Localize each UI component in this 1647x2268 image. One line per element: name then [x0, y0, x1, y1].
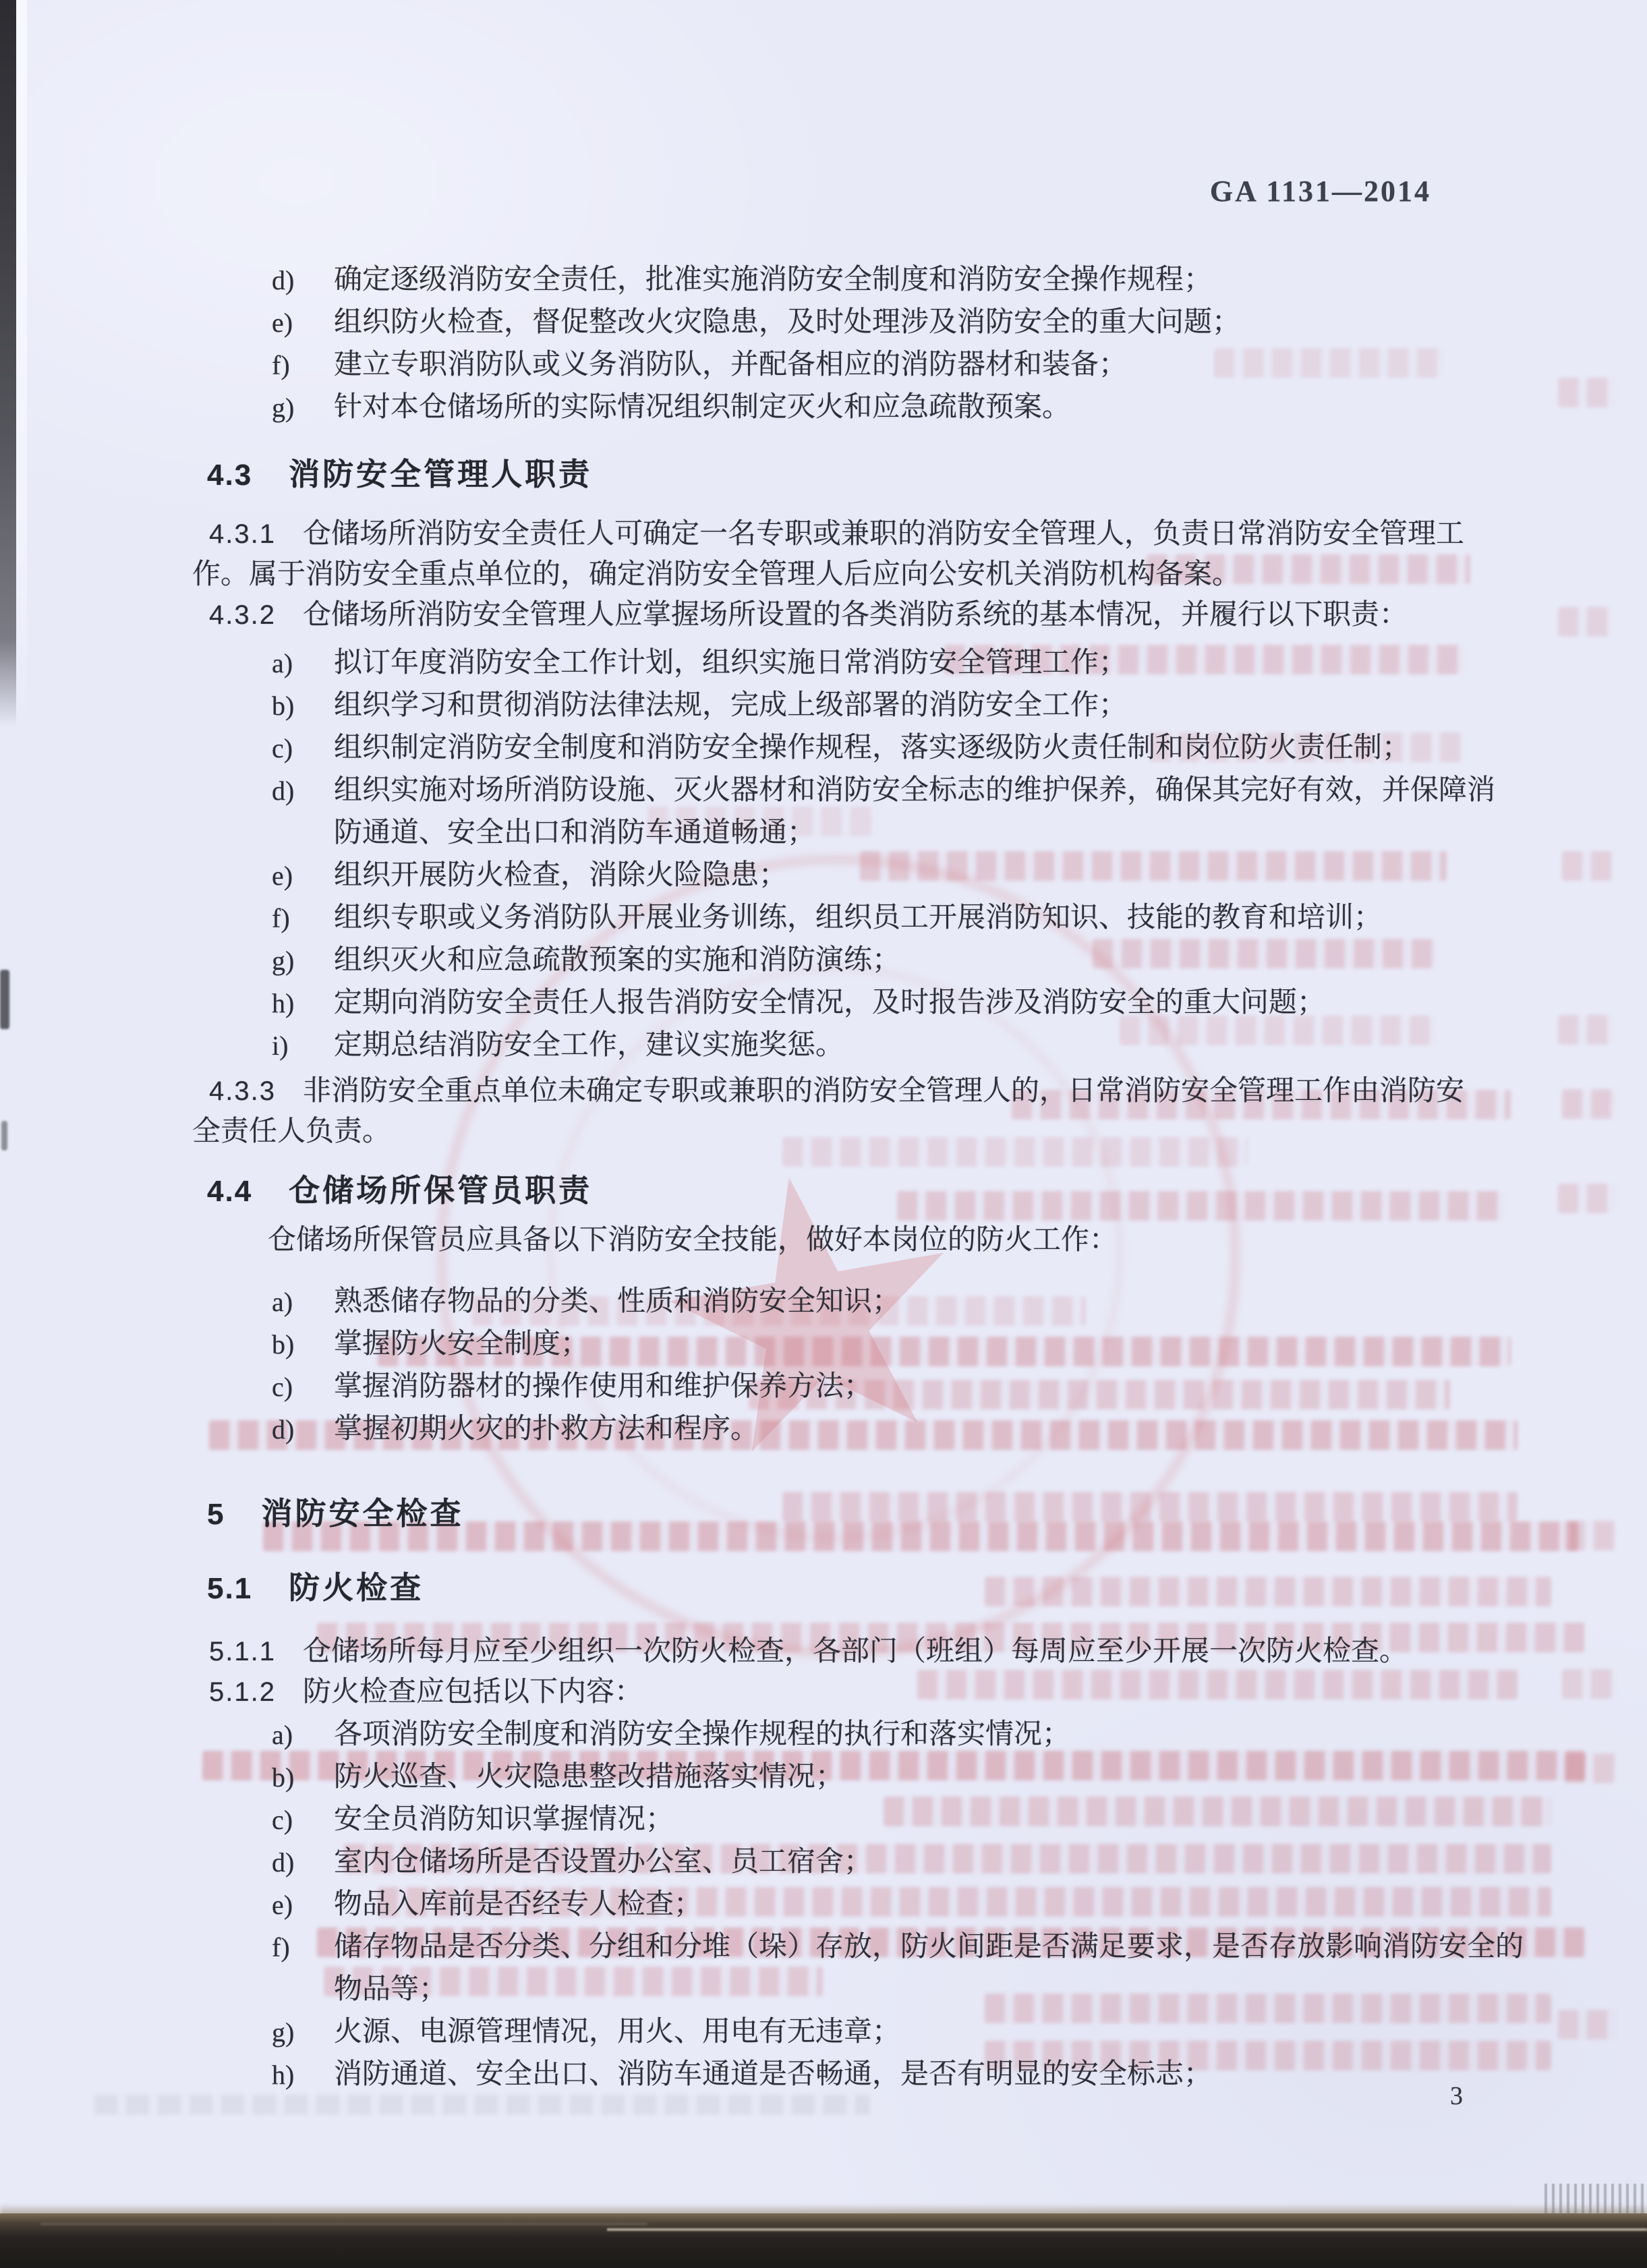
list-item-line: g)火源、电源管理情况，用火、用电有无违章；	[192, 2011, 1474, 2054]
list-item-line: f)建立专职消防队或义务消防队，并配备相应的消防器材和装备；	[192, 344, 1474, 386]
paragraph-text: 仓储场所每月应至少组织一次防火检查，各部门（班组）每周应至少开展一次防火检查。	[303, 1636, 1408, 1667]
clause-number: 4.3.3	[209, 1076, 276, 1106]
scan-left-edge-mark	[0, 970, 9, 1029]
list-item-text: 熟悉储存物品的分类、性质和消防安全知识；	[334, 1286, 900, 1317]
list-item-label: g)	[272, 386, 294, 429]
paragraph-text: 仓储场所保管员应具备以下消防安全技能，做好本岗位的防火工作：	[268, 1225, 1118, 1256]
paragraph-line: 4.3.1仓储场所消防安全责任人可确定一名专职或兼职的消防安全管理人，负责日常消…	[192, 514, 1474, 554]
scan-left-edge-shadow	[0, 0, 16, 727]
list-item-text: 组织开展防火检查，消除火险隐患；	[334, 860, 787, 891]
list-item-label: c)	[272, 1799, 293, 1841]
list-item-text: 各项消防安全制度和消防安全操作规程的执行和落实情况；	[334, 1719, 1070, 1750]
section-heading: 5.1防火检查	[192, 1567, 1474, 1608]
list-item-label: d)	[272, 259, 294, 301]
clause-number: 4.3.1	[209, 519, 276, 549]
paragraph-text: 防火检查应包括以下内容：	[303, 1677, 643, 1708]
paragraph-line: 5.1.1仓储场所每月应至少组织一次防火检查，各部门（班组）每周应至少开展一次防…	[192, 1631, 1474, 1672]
list-item-label: d)	[272, 1841, 294, 1884]
list-item-label: a)	[272, 1714, 293, 1756]
paragraph-text: 作。属于消防安全重点单位的，确定消防安全管理人后应向公安机关消防机构备案。	[192, 559, 1240, 590]
list-item-label: a)	[272, 642, 293, 685]
bleedthrough-text-line	[1558, 378, 1616, 407]
list-item-label: b)	[272, 1323, 294, 1366]
list-item-text: 确定逐级消防安全责任，批准实施消防安全制度和消防安全操作规程；	[334, 264, 1212, 295]
list-item-text: 储存物品是否分类、分组和分堆（垛）存放，防火间距是否满足要求，是否存放影响消防安…	[334, 1931, 1524, 1962]
list-item-line: c)安全员消防知识掌握情况；	[192, 1799, 1474, 1841]
scan-bottom-edge-line	[40, 2223, 647, 2225]
clause-number: 5.1.1	[209, 1637, 276, 1666]
section-title: 仓储场所保管员职责	[289, 1173, 592, 1208]
list-item-line: f)储存物品是否分类、分组和分堆（垛）存放，防火间距是否满足要求，是否存放影响消…	[192, 1926, 1474, 1969]
list-item-label: f)	[272, 1926, 290, 1969]
paragraph-line: 全责任人负责。	[192, 1111, 1474, 1152]
list-item-line: c)掌握消防器材的操作使用和维护保养方法；	[192, 1366, 1474, 1408]
scanned-document-page: GA 1131—2014 d)确定逐级消防安全责任，批准实施消防安全制度和消防安…	[0, 0, 1647, 2268]
list-item-line: b)组织学习和贯彻消防法律法规，完成上级部署的消防安全工作；	[192, 685, 1474, 727]
scan-smudge	[94, 2095, 870, 2115]
scan-bottom-edge-line	[607, 2228, 1647, 2231]
section-heading: 5消防安全检查	[192, 1492, 1474, 1534]
list-item-text: 掌握防火安全制度；	[334, 1329, 589, 1360]
list-item-label: a)	[272, 1281, 293, 1323]
list-item-text: 物品入库前是否经专人检查；	[334, 1889, 702, 1920]
list-item-text: 防火巡查、火灾隐患整改措施落实情况；	[334, 1762, 844, 1793]
section-title: 消防安全检查	[261, 1496, 463, 1531]
section-number: 5.1	[207, 1572, 252, 1605]
list-item-label: c)	[272, 1366, 293, 1408]
standard-code-header: GA 1131—2014	[1210, 174, 1431, 208]
section-heading: 4.3消防安全管理人职责	[192, 453, 1474, 495]
list-item-label: e)	[272, 854, 293, 897]
list-item-line: i)定期总结消防安全工作，建议实施奖惩。	[192, 1024, 1474, 1067]
clause-number: 4.3.2	[209, 600, 276, 630]
list-item-line: b)掌握防火安全制度；	[192, 1323, 1474, 1366]
clause-number: 5.1.2	[209, 1677, 276, 1707]
list-item-label: h)	[272, 2054, 294, 2096]
list-item-label: d)	[272, 769, 294, 812]
list-item-text: 组织制定消防安全制度和消防安全操作规程，落实逐级防火责任制和岗位防火责任制；	[334, 732, 1410, 763]
list-item-line: d)确定逐级消防安全责任，批准实施消防安全制度和消防安全操作规程；	[192, 259, 1474, 301]
paragraph-line: 仓储场所保管员应具备以下消防安全技能，做好本岗位的防火工作：	[192, 1219, 1474, 1262]
scan-corner-noise	[1544, 2184, 1646, 2215]
list-item-text: 建立专职消防队或义务消防队，并配备相应的消防器材和装备；	[334, 349, 1127, 380]
list-item-line: a)拟订年度消防安全工作计划，组织实施日常消防安全管理工作；	[192, 642, 1474, 685]
document-body: d)确定逐级消防安全责任，批准实施消防安全制度和消防安全操作规程；e)组织防火检…	[192, 259, 1474, 2096]
bleedthrough-text-line	[1562, 1669, 1616, 1699]
list-item-label: f)	[272, 897, 290, 939]
page-number: 3	[1450, 2081, 1463, 2111]
section-title: 消防安全管理人职责	[289, 457, 592, 492]
list-item-line: e)物品入库前是否经专人检查；	[192, 1884, 1474, 1926]
list-item-line: 物品等；	[192, 1969, 1474, 2011]
paragraph-line: 5.1.2防火检查应包括以下内容：	[192, 1672, 1474, 1712]
list-item-label: c)	[272, 727, 293, 769]
list-item-label: g)	[272, 939, 294, 982]
bleedthrough-text-line	[1562, 1089, 1616, 1119]
paragraph-line: 4.3.3非消防安全重点单位未确定专职或兼职的消防安全管理人的，日常消防安全管理…	[192, 1071, 1474, 1111]
paragraph-text: 非消防安全重点单位未确定专职或兼职的消防安全管理人的，日常消防安全管理工作由消防…	[303, 1076, 1464, 1107]
scan-left-edge-mark	[1, 1121, 7, 1151]
list-item-label: e)	[272, 1884, 293, 1926]
list-item-text: 组织实施对场所消防设施、灭火器材和消防安全标志的维护保养，确保其完好有效，并保障…	[334, 775, 1495, 806]
list-item-text: 室内仓储场所是否设置办公室、员工宿舍；	[334, 1847, 872, 1878]
list-item-line: d)室内仓储场所是否设置办公室、员工宿舍；	[192, 1841, 1474, 1884]
bleedthrough-text-line	[1565, 1521, 1616, 1550]
bleedthrough-text-line	[1558, 1015, 1615, 1045]
bleedthrough-text-line	[1562, 851, 1613, 881]
list-item-label: e)	[272, 301, 293, 344]
section-title: 防火检查	[289, 1570, 424, 1605]
list-item-text: 火源、电源管理情况，用火、用电有无违章；	[334, 2016, 900, 2047]
list-item-line: 防通道、安全出口和消防车通道畅通；	[192, 812, 1474, 854]
bleedthrough-text-line	[1558, 607, 1612, 637]
list-item-line: c)组织制定消防安全制度和消防安全操作规程，落实逐级防火责任制和岗位防火责任制；	[192, 727, 1474, 769]
scan-bottom-edge-shadow	[0, 2213, 1647, 2268]
list-item-line: h)定期向消防安全责任人报告消防安全情况，及时报告涉及消防安全的重大问题；	[192, 982, 1474, 1024]
list-item-text: 拟订年度消防安全工作计划，组织实施日常消防安全管理工作；	[334, 647, 1127, 678]
scan-left-edge-highlight	[16, 0, 27, 727]
section-number: 4.3	[207, 459, 252, 492]
list-item-line: g)针对本仓储场所的实际情况组织制定灭火和应急疏散预案。	[192, 386, 1474, 429]
list-item-line: a)熟悉储存物品的分类、性质和消防安全知识；	[192, 1281, 1474, 1323]
list-item-text: 定期总结消防安全工作，建议实施奖惩。	[334, 1030, 844, 1061]
list-item-line: h)消防通道、安全出口、消防车通道是否畅通，是否有明显的安全标志；	[192, 2054, 1474, 2096]
list-item-text: 组织专职或义务消防队开展业务训练，组织员工开展消防知识、技能的教育和培训；	[334, 902, 1382, 933]
list-item-line: a)各项消防安全制度和消防安全操作规程的执行和落实情况；	[192, 1714, 1474, 1756]
list-item-line: d)掌握初期火灾的扑救方法和程序。	[192, 1408, 1474, 1451]
list-item-label: i)	[272, 1024, 288, 1067]
bleedthrough-text-line	[1558, 2010, 1616, 2039]
list-item-text: 组织防火检查，督促整改火灾隐患，及时处理涉及消防安全的重大问题；	[334, 307, 1240, 338]
list-item-label: f)	[272, 344, 290, 386]
list-item-line: g)组织灭火和应急疏散预案的实施和消防演练；	[192, 939, 1474, 982]
paragraph-text: 仓储场所消防安全责任人可确定一名专职或兼职的消防安全管理人，负责日常消防安全管理…	[303, 519, 1464, 550]
list-item-line: f)组织专职或义务消防队开展业务训练，组织员工开展消防知识、技能的教育和培训；	[192, 897, 1474, 939]
list-item-line: b)防火巡查、火灾隐患整改措施落实情况；	[192, 1756, 1474, 1799]
list-item-text: 物品等；	[334, 1974, 447, 2005]
list-item-line: d)组织实施对场所消防设施、灭火器材和消防安全标志的维护保养，确保其完好有效，并…	[192, 769, 1474, 812]
section-heading: 4.4仓储场所保管员职责	[192, 1169, 1474, 1211]
list-item-text: 组织灭火和应急疏散预案的实施和消防演练；	[334, 945, 900, 976]
paragraph-text: 仓储场所消防安全管理人应掌握场所设置的各类消防系统的基本情况，并履行以下职责：	[303, 600, 1408, 631]
list-item-text: 防通道、安全出口和消防车通道畅通；	[334, 817, 815, 848]
list-item-label: d)	[272, 1408, 294, 1451]
list-item-text: 掌握初期火灾的扑救方法和程序。	[334, 1414, 759, 1445]
list-item-line: e)组织开展防火检查，消除火险隐患；	[192, 854, 1474, 897]
list-item-text: 掌握消防器材的操作使用和维护保养方法；	[334, 1371, 872, 1402]
list-item-text: 组织学习和贯彻消防法律法规，完成上级部署的消防安全工作；	[334, 690, 1127, 721]
list-item-text: 消防通道、安全出口、消防车通道是否畅通，是否有明显的安全标志；	[334, 2059, 1212, 2090]
bleedthrough-text-line	[1558, 1184, 1616, 1213]
paragraph-line: 作。属于消防安全重点单位的，确定消防安全管理人后应向公安机关消防机构备案。	[192, 554, 1474, 595]
section-number: 5	[207, 1498, 225, 1531]
list-item-text: 定期向消防安全责任人报告消防安全情况，及时报告涉及消防安全的重大问题；	[334, 987, 1325, 1018]
list-item-label: b)	[272, 1756, 294, 1799]
section-number: 4.4	[207, 1175, 252, 1208]
list-item-label: b)	[272, 685, 294, 727]
paragraph-line: 4.3.2仓储场所消防安全管理人应掌握场所设置的各类消防系统的基本情况，并履行以…	[192, 595, 1474, 635]
list-item-text: 安全员消防知识掌握情况；	[334, 1804, 674, 1835]
bleedthrough-text-line	[1565, 1753, 1616, 1783]
list-item-label: g)	[272, 2011, 294, 2054]
paragraph-text: 全责任人负责。	[192, 1116, 391, 1147]
list-item-text: 针对本仓储场所的实际情况组织制定灭火和应急疏散预案。	[334, 392, 1070, 423]
list-item-line: e)组织防火检查，督促整改火灾隐患，及时处理涉及消防安全的重大问题；	[192, 301, 1474, 344]
list-item-label: h)	[272, 982, 294, 1024]
